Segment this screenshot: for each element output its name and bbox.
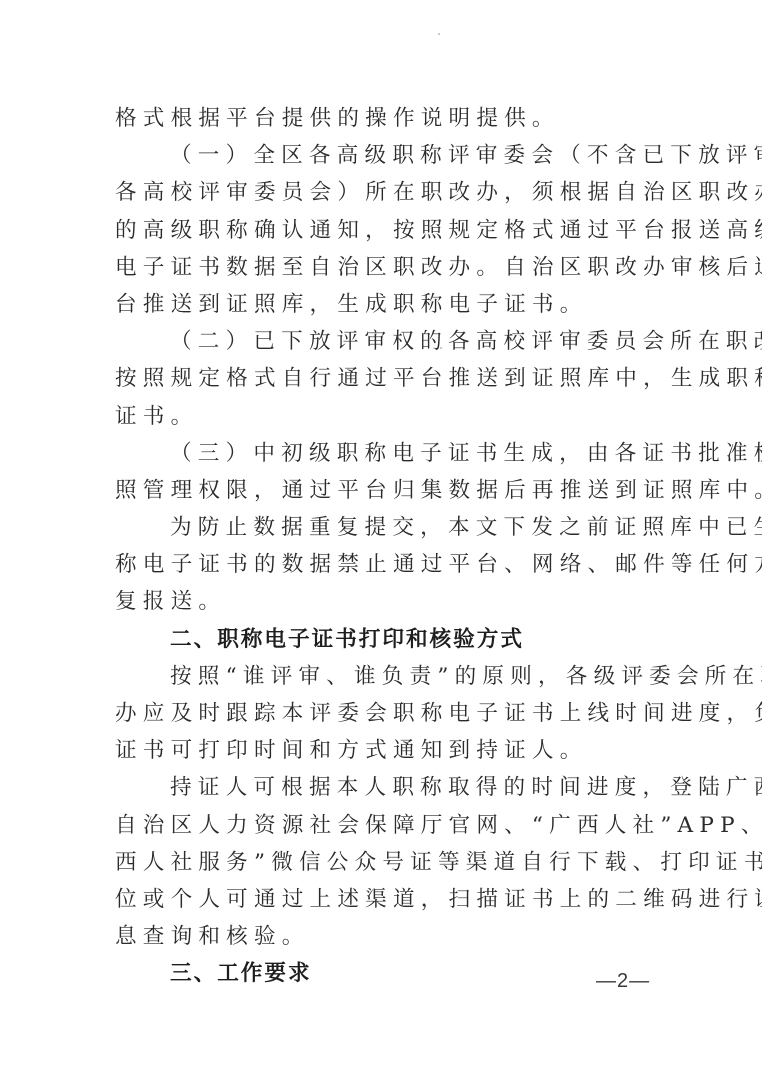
text-line: （二）已下放评审权的各高校评审委员会所在职改办，	[115, 323, 645, 360]
section-heading: 三、工作要求	[115, 955, 645, 992]
text-line: 各高校评审委员会）所在职改办，须根据自治区职改办下发	[115, 174, 645, 211]
text-line: 的高级职称确认通知，按照规定格式通过平台报送高级职称	[115, 212, 645, 249]
text-line: 电子证书数据至自治区职改办。自治区职改办审核后通过平	[115, 249, 645, 286]
text-line: 办应及时跟踪本评委会职称电子证书上线时间进度，负责将	[115, 695, 645, 732]
text-line: （三）中初级职称电子证书生成，由各证书批准机关按	[115, 435, 645, 472]
text-line: 息查询和核验。	[115, 918, 645, 955]
document-body: 格式根据平台提供的操作说明提供。（一）全区各高级职称评审委会（不含已下放评审权的…	[115, 100, 645, 993]
text-line: 西人社服务”微信公众号证等渠道自行下载、打印证书。单	[115, 844, 645, 881]
text-line: 照管理权限，通过平台归集数据后再推送到证照库中。	[115, 472, 645, 509]
text-line: （一）全区各高级职称评审委会（不含已下放评审权的	[115, 137, 645, 174]
text-line: 复报送。	[115, 583, 645, 620]
text-line: 为防止数据重复提交，本文下发之前证照库中已生成职	[115, 509, 645, 546]
text-line: 自治区人力资源社会保障厅官网、“广西人社”APP、“广	[115, 807, 645, 844]
text-line: 位或个人可通过上述渠道，扫描证书上的二维码进行证书信	[115, 881, 645, 918]
text-line: 称电子证书的数据禁止通过平台、网络、邮件等任何方式重	[115, 546, 645, 583]
text-line: 证书。	[115, 398, 645, 435]
text-line: 证书可打印时间和方式通知到持证人。	[115, 732, 645, 769]
scan-speck	[438, 33, 440, 35]
page-number: —2—	[596, 970, 650, 993]
text-line: 格式根据平台提供的操作说明提供。	[115, 100, 645, 137]
text-line: 按照规定格式自行通过平台推送到证照库中，生成职称电子	[115, 360, 645, 397]
text-line: 持证人可根据本人职称取得的时间进度，登陆广西壮族	[115, 769, 645, 806]
text-line: 按照“谁评审、谁负责”的原则，各级评委会所在职改	[115, 658, 645, 695]
text-line: 台推送到证照库，生成职称电子证书。	[115, 286, 645, 323]
section-heading: 二、职称电子证书打印和核验方式	[115, 621, 645, 658]
document-page: 格式根据平台提供的操作说明提供。（一）全区各高级职称评审委会（不含已下放评审权的…	[0, 0, 762, 1076]
